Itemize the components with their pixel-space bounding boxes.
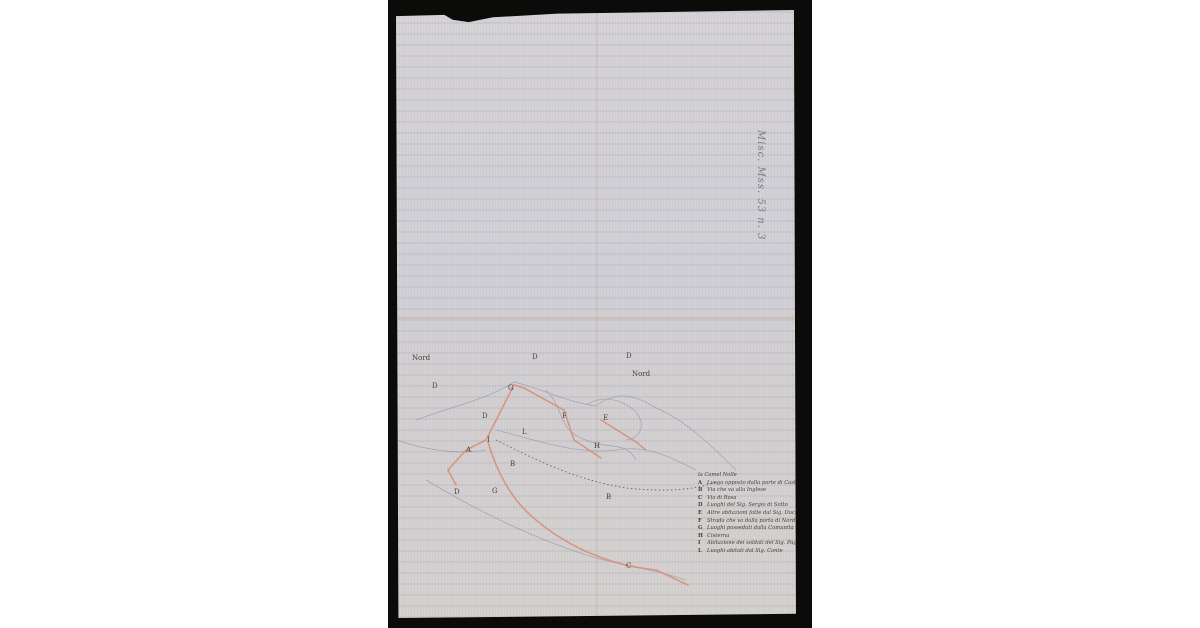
map-label-d: D [482,412,488,420]
map-label-nord: Nord [412,354,430,362]
map-label-d: D [626,352,632,360]
map-label-b: B [510,460,515,468]
map-label-e: E [603,414,608,422]
dotted-boundary [496,440,716,490]
legend-item: GLuoghi posseduti dalla Comunità di Arez… [698,525,798,533]
map-label-f: F [562,412,567,420]
map-label-h: H [594,442,600,450]
legend-item: BVia che va alla Inglese [698,487,798,495]
legend-item: CVia di Rosa [698,495,798,503]
legend-item: LLuoghi abitati dal Sig. Conte [698,548,798,556]
map-label-g: G [492,487,498,495]
legend-item: ALuogo opposto dalla parte di Castello [698,480,798,488]
map-label-d: D [432,382,438,390]
legend-item: DLuoghi del Sig. Sergio di Sotto [698,502,798,510]
map-label-a: A [466,446,471,454]
map-label-l: L [522,428,527,436]
legend-item: FStrada che va dalla porta di Nord al Si… [698,518,798,526]
map-label-c: C [626,562,631,570]
map-legend: la Camel Nolle ALuogo opposto dalla part… [698,472,798,556]
map-label-nord: Nord [632,370,650,378]
map-label-i: I [487,436,490,444]
legend-item: IAbitazione dei soldati del Sig. Pagano [698,540,798,548]
legend-item: EAltre abitazioni fatte dal Sig. Duca [698,510,798,518]
map-label-b: B [606,493,611,501]
map-label-d: D [454,488,460,496]
map-label-g: G [508,384,514,392]
manuscript-sheet: Misc. Mss. 53 n. 3 Nord Nord D D D D D A… [396,10,800,618]
legend-title: la Camel Nolle [698,472,798,480]
map-label-d: D [532,353,538,361]
legend-item: HCisterna [698,533,798,541]
